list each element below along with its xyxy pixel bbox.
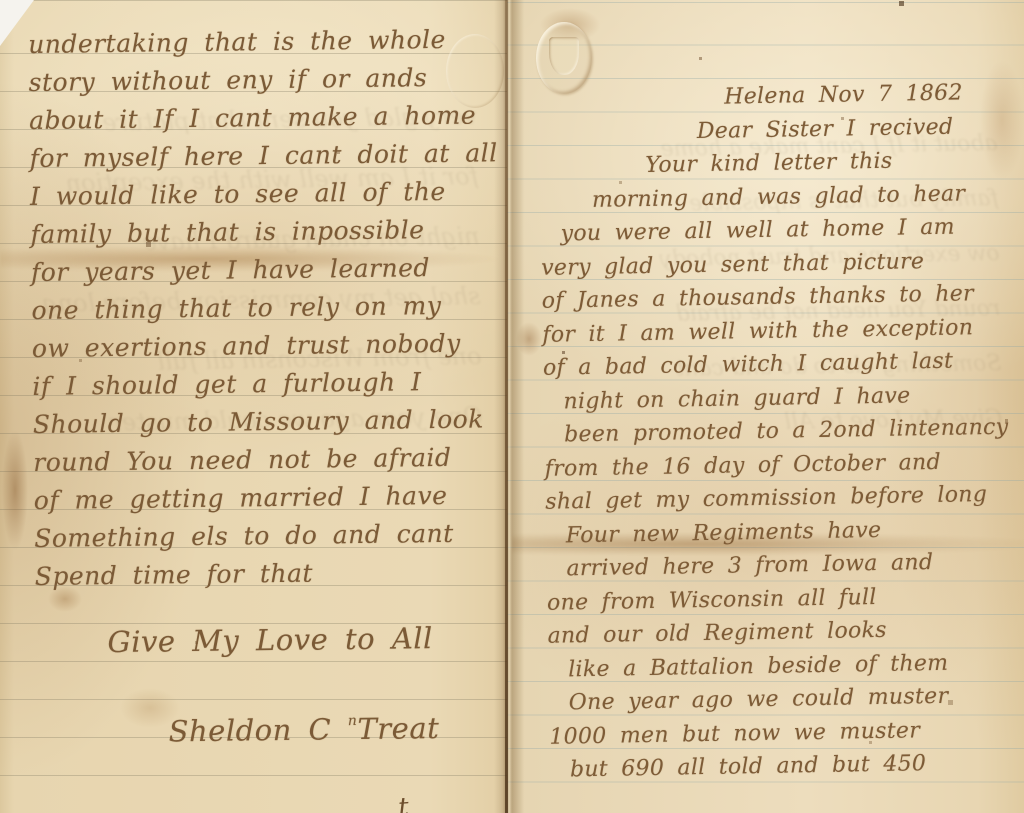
center-fold-crease xyxy=(494,0,524,813)
right-page-text: Helena Nov 7 1862 Dear Sister I recived … xyxy=(528,76,1024,788)
handwriting-line: family but that is inpossible xyxy=(30,210,498,254)
handwriting-line: for years yet I have learned xyxy=(31,248,499,292)
signature-last: Treat xyxy=(357,711,439,746)
handwriting-line: round You need not be afraid xyxy=(33,438,501,482)
handwriting-line: of me getting married I have xyxy=(34,476,502,520)
handwriting-line: for myself here I cant doit at all xyxy=(29,134,497,178)
letter-signature: Sheldon C nTreat xyxy=(36,700,505,752)
handwriting-line: undertaking that is the whole xyxy=(28,20,496,64)
seal-shield-icon xyxy=(549,37,579,75)
handwriting-line: if I should get a furlough I xyxy=(32,362,500,406)
handwriting-line: story without eny if or ands xyxy=(28,58,496,102)
handwriting-line: ow exertions and trust nobody xyxy=(32,324,500,368)
signature-superscript: n xyxy=(348,713,358,729)
signature-first: Sheldon C xyxy=(168,712,348,748)
handwriting-line: Spend time for that xyxy=(34,552,502,596)
letter-closing: Give My Love to All xyxy=(35,618,503,662)
left-page-text: undertaking that is the whole story with… xyxy=(28,20,505,752)
handwriting-line: I would like to see all of the xyxy=(30,172,498,216)
cutoff-pen-stroke: t xyxy=(397,791,432,813)
handwriting-line: about it If I cant make a home xyxy=(29,96,497,140)
handwriting-line: Something els to do and cant xyxy=(34,514,502,558)
handwriting-line: one thing that to rely on my xyxy=(31,286,499,330)
scanner-corner-notch xyxy=(0,0,34,46)
handwriting-line: Should go to Missoury and look xyxy=(33,400,501,444)
